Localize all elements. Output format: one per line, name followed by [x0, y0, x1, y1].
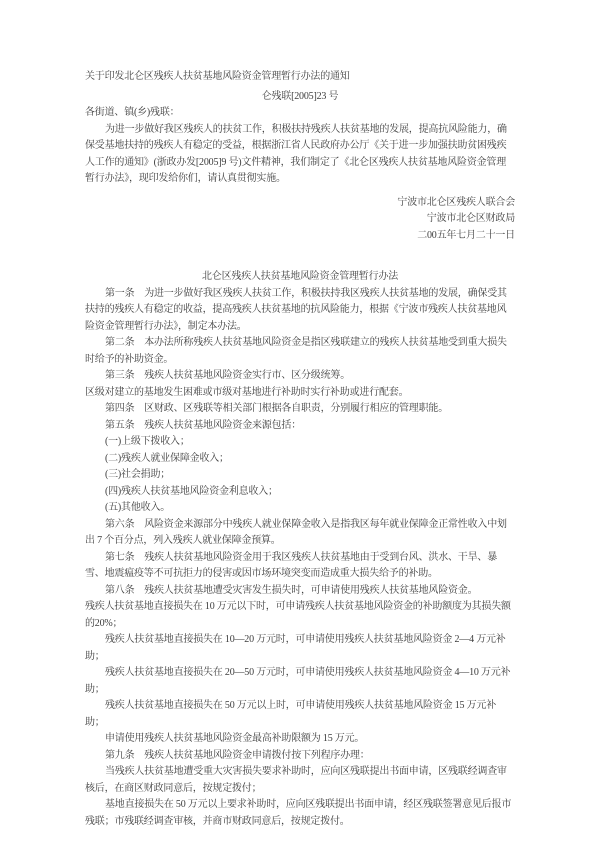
measures-paragraph: (四)残疾人扶贫基地风险资金利息收入； — [85, 484, 515, 501]
measures-paragraph: 残疾人扶贫基地直接损失在 50 万元以上时，可申请使用残疾人扶贫基地风险资金 1… — [85, 698, 515, 731]
signature-block: 宁波市北仑区残疾人联合会宁波市北仑区财政局 二00五年七月二十一日 — [85, 195, 515, 245]
measures-paragraph: 第四条 区财政、区残联等相关部门根据各自职责，分别履行相应的管理职能。 — [85, 401, 515, 418]
measures-paragraph: 当残疾人扶贫基地遭受重大灾害损失要求补助时，应向区残联提出书面申请，区残联经调查… — [85, 764, 515, 797]
signer-line: 宁波市北仑区残疾人联合会 — [85, 195, 515, 212]
measures-paragraph: 区级对建立的基地发生困难或市级对基地进行补助时实行补助或进行配套。 — [85, 385, 515, 402]
notice-title: 关于印发北仑区残疾人扶贫基地风险资金管理暂行办法的通知 — [85, 69, 515, 86]
measures-heading: 北仑区残疾人扶贫基地风险资金管理暂行办法 — [85, 269, 515, 286]
measures-paragraph: 第八条 残疾人扶贫基地遭受灾害发生损失时，可申请使用残疾人扶贫基地风险资金。 — [85, 583, 515, 600]
measures-paragraph: 第五条 残疾人扶贫基地风险资金来源包括： — [85, 418, 515, 435]
measures-paragraph: (二)残疾人就业保障金收入； — [85, 451, 515, 468]
measures-paragraph: 残疾人扶贫基地直接损失在 10—20 万元时，可申请使用残疾人扶贫基地风险资金 … — [85, 632, 515, 665]
signer-line: 宁波市北仑区财政局 — [85, 211, 515, 228]
measures-paragraphs: 第一条 为进一步做好我区残疾人扶贫工作，积极扶持我区残疾人扶贫基地的发展，确保受… — [85, 286, 515, 831]
signer-lines: 宁波市北仑区残疾人联合会宁波市北仑区财政局 — [85, 195, 515, 228]
measures-paragraph: (三)社会捐助； — [85, 467, 515, 484]
measures-paragraph: 基地直接损失在 50 万元以上要求补助时，应向区残联提出书面申请，经区残联签署意… — [85, 797, 515, 830]
salutation: 各街道、镇(乡)残联： — [85, 105, 515, 122]
measures-paragraph: 第九条 残疾人扶贫基地风险资金申请拨付按下列程序办理： — [85, 748, 515, 765]
document-page: 关于印发北仑区残疾人扶贫基地风险资金管理暂行办法的通知 仑残联[2005]23 … — [0, 0, 600, 830]
notice-body-paragraph: 为进一步做好我区残疾人的扶贫工作，积极扶持残疾人扶贫基地的发展，提高抗风险能力，… — [85, 122, 515, 188]
measures-paragraph: 第二条 本办法所称残疾人扶贫基地风险资金是指区残联建立的残疾人扶贫基地受到重大损… — [85, 335, 515, 368]
measures-paragraph: 残疾人扶贫基地直接损失在 20—50 万元时，可申请使用残疾人扶贫基地风险资金 … — [85, 665, 515, 698]
measures-paragraph: (五)其他收入。 — [85, 500, 515, 517]
signature-date: 二00五年七月二十一日 — [85, 228, 515, 245]
document-number: 仑残联[2005]23 号 — [85, 89, 515, 106]
measures-paragraph: 残疾人扶贫基地直接损失在 10 万元以下时，可申请残疾人扶贫基地风险资金的补助额… — [85, 599, 515, 632]
measures-paragraph: 第七条 残疾人扶贫基地风险资金用于我区残疾人扶贫基地由于受到台风、洪水、干旱、暴… — [85, 550, 515, 583]
measures-paragraph: 第三条 残疾人扶贫基地风险资金实行市、区分级统筹。 — [85, 368, 515, 385]
measures-paragraph: (一)上级下拨收入； — [85, 434, 515, 451]
measures-paragraph: 第一条 为进一步做好我区残疾人扶贫工作，积极扶持我区残疾人扶贫基地的发展，确保受… — [85, 286, 515, 336]
measures-paragraph: 申请使用残疾人扶贫基地风险资金最高补助限额为 15 万元。 — [85, 731, 515, 748]
measures-paragraph: 第六条 风险资金来源部分中残疾人就业保障金收入是指我区每年就业保障金正常性收入中… — [85, 517, 515, 550]
